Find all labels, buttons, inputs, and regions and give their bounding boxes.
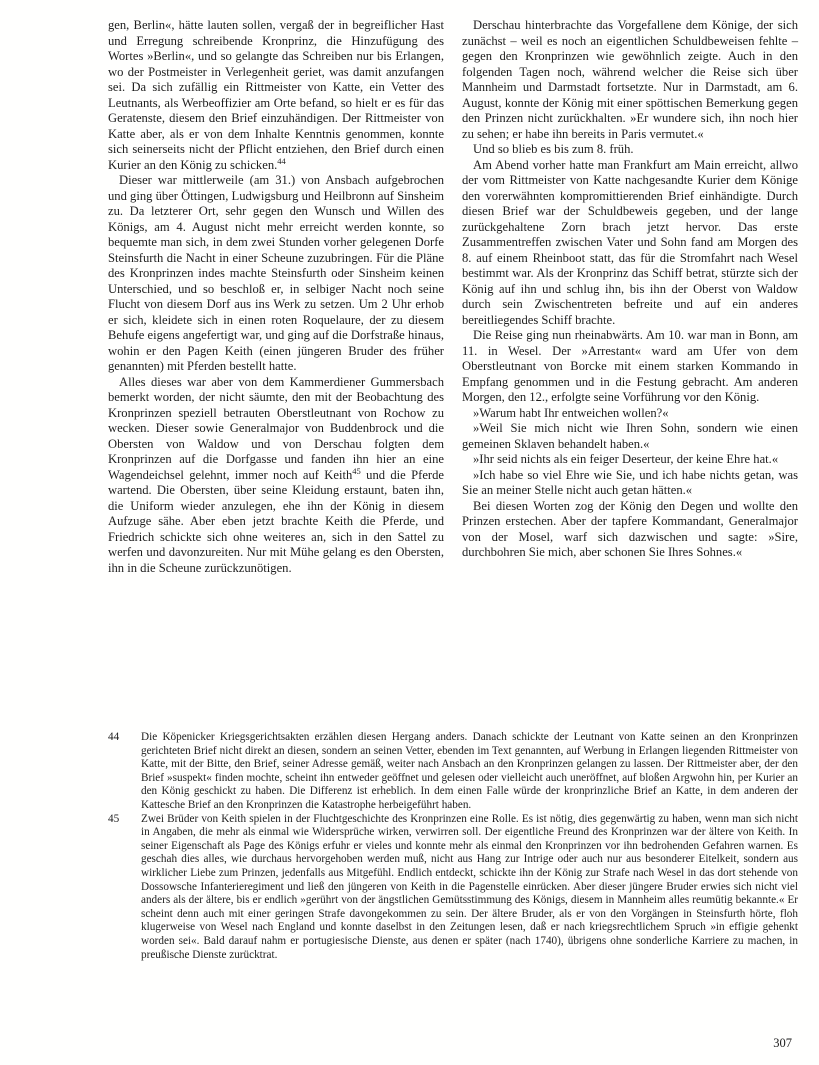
paragraph-text: Alles dieses war aber von dem Kammerdien… (108, 375, 444, 482)
paragraph-text: Derschau hinterbrachte das Vorgefallene … (462, 18, 798, 141)
footnote-text: Die Köpenicker Kriegsgerichtsakten erzäh… (141, 731, 798, 811)
footnote-number: 45 (108, 813, 119, 827)
paragraph-text: und die Pferde wartend. Die Obersten, üb… (108, 468, 444, 575)
paragraph-text: gen, Berlin«, hätte lauten sollen, verga… (108, 18, 444, 172)
footnote-ref-44: 44 (277, 155, 286, 165)
right-column: Derschau hinterbrachte das Vorgefallene … (462, 18, 798, 561)
paragraph-text: »Weil Sie mich nicht wie Ihren Sohn, son… (462, 421, 798, 451)
paragraph-dialogue: »Warum habt Ihr entweichen wollen?« (462, 406, 798, 422)
footnote-45: 45 Zwei Brüder von Keith spielen in der … (108, 813, 798, 963)
body-text: gen, Berlin«, hätte lauten sollen, verga… (108, 18, 798, 718)
paragraph: Die Reise ging nun rheinabwärts. Am 10. … (462, 328, 798, 406)
paragraph-text: Die Reise ging nun rheinabwärts. Am 10. … (462, 328, 798, 404)
paragraph-dialogue: »Ich habe so viel Ehre wie Sie, und ich … (462, 468, 798, 499)
book-page: gen, Berlin«, hätte lauten sollen, verga… (0, 0, 819, 1065)
footnotes-section: 44 Die Köpenicker Kriegsgerichtsakten er… (108, 731, 798, 962)
paragraph-text: Und so blieb es bis zum 8. früh. (473, 142, 634, 156)
paragraph: gen, Berlin«, hätte lauten sollen, verga… (108, 18, 444, 173)
paragraph-text: Bei diesen Worten zog der König den Dege… (462, 499, 798, 560)
paragraph: Dieser war mittlerweile (am 31.) von Ans… (108, 173, 444, 375)
paragraph-dialogue: »Weil Sie mich nicht wie Ihren Sohn, son… (462, 421, 798, 452)
paragraph-text: »Ihr seid nichts als ein feiger Deserteu… (473, 452, 778, 466)
paragraph-text: Dieser war mittlerweile (am 31.) von Ans… (108, 173, 444, 373)
footnote-ref-45: 45 (352, 465, 361, 475)
paragraph-text: Am Abend vorher hatte man Frankfurt am M… (462, 158, 798, 327)
footnote-number: 44 (108, 731, 119, 745)
footnote-text: Zwei Brüder von Keith spielen in der Flu… (141, 813, 798, 961)
paragraph-dialogue: »Ihr seid nichts als ein feiger Deserteu… (462, 452, 798, 468)
paragraph: Und so blieb es bis zum 8. früh. (462, 142, 798, 158)
footnote-44: 44 Die Köpenicker Kriegsgerichtsakten er… (108, 731, 798, 813)
paragraph-text: »Warum habt Ihr entweichen wollen?« (473, 406, 669, 420)
paragraph: Derschau hinterbrachte das Vorgefallene … (462, 18, 798, 142)
paragraph: Alles dieses war aber von dem Kammerdien… (108, 375, 444, 577)
page-number: 307 (773, 1036, 792, 1051)
paragraph: Am Abend vorher hatte man Frankfurt am M… (462, 158, 798, 329)
paragraph: Bei diesen Worten zog der König den Dege… (462, 499, 798, 561)
paragraph-text: »Ich habe so viel Ehre wie Sie, und ich … (462, 468, 798, 498)
left-column: gen, Berlin«, hätte lauten sollen, verga… (108, 18, 444, 576)
